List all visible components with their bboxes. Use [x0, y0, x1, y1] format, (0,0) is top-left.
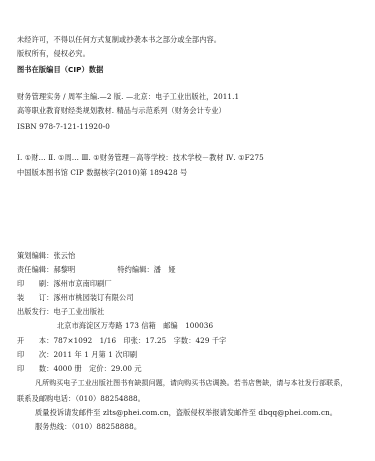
edition-label: 印 次： — [17, 350, 53, 359]
responsible-editor-label: 责任编辑： — [17, 265, 53, 274]
publisher-value: 电子工业出版社 — [53, 307, 104, 316]
format-label: 开 本： — [17, 336, 53, 345]
notice-complaint: 质量投诉请发邮件至 zlts@phei.com.cn，盗版侵权举报请发邮件至 d… — [35, 408, 337, 418]
planning-editor-row: 策划编辑：张云怡 — [17, 251, 75, 261]
notice-hotline: 服务热线：（010）88258888。 — [35, 422, 141, 432]
special-editor-name: 潘 娅 — [154, 265, 176, 274]
copyright-notice: 未经许可，不得以任何方式复制或抄袭本书之部分或全部内容。 — [17, 35, 221, 45]
binding-value: 涿州市桃园装订有限公司 — [53, 293, 133, 302]
cip-number: 中国版本图书馆 CIP 数据核字(2010)第 189428 号 — [17, 168, 187, 178]
publisher-label: 出版发行： — [17, 307, 53, 316]
special-editor-label: 特约编辑： — [117, 265, 153, 274]
responsible-editor-name: 郝黎明 — [53, 265, 75, 274]
publisher-address: 北京市海淀区万寿路 173 信箱 邮编 100036 — [57, 321, 213, 331]
binding-row: 装 订：涿州市桃园装订有限公司 — [17, 293, 134, 303]
printing-row: 印 刷：涿州市京南印刷厂 — [17, 279, 112, 289]
binding-label: 装 订： — [17, 293, 53, 302]
responsible-editor-row: 责任编辑：郝黎明特约编辑：潘 娅 — [17, 265, 176, 275]
notice-phone: 联系及邮购电话：（010）88254888。 — [17, 394, 145, 404]
cip-classification: Ⅰ. ①财… Ⅱ. ①周… Ⅲ. ①财务管理－高等学校：技术学校－教材 Ⅳ. ①… — [17, 153, 264, 163]
edition-row: 印 次：2011 年 1 月第 1 次印刷 — [17, 350, 137, 360]
isbn: ISBN 978-7-121-11920-0 — [17, 122, 110, 132]
edition-value: 2011 年 1 月第 1 次印刷 — [53, 350, 137, 359]
rights-reserved: 版权所有，侵权必究。 — [17, 49, 90, 59]
cip-title-line: 财务管理实务 / 周军主编.—2 版. —北京：电子工业出版社，2011.1 — [17, 92, 239, 102]
cip-heading: 图书在版编目（CIP）数据 — [17, 65, 103, 75]
format-row: 开 本：787×1092 1/16 印张：17.25 字数：429 千字 — [17, 336, 226, 346]
notice-defect: 凡所购买电子工业出版社图书有缺损问题，请向购买书店调换。若书店售缺，请与本社发行… — [35, 378, 347, 388]
copies-value: 4000 册 定价：29.00 元 — [53, 364, 141, 373]
publisher-row: 出版发行：电子工业出版社 — [17, 307, 104, 317]
printing-value: 涿州市京南印刷厂 — [53, 279, 111, 288]
planning-editor-label: 策划编辑： — [17, 251, 53, 260]
copies-row: 印 数：4000 册 定价：29.00 元 — [17, 364, 142, 374]
planning-editor-name: 张云怡 — [53, 251, 75, 260]
format-value: 787×1092 1/16 印张：17.25 字数：429 千字 — [53, 336, 226, 345]
printing-label: 印 刷： — [17, 279, 53, 288]
cip-series-line: 高等职业教育财经类规划教材. 精品与示范系列（财务会计专业） — [17, 106, 226, 116]
copies-label: 印 数： — [17, 364, 53, 373]
